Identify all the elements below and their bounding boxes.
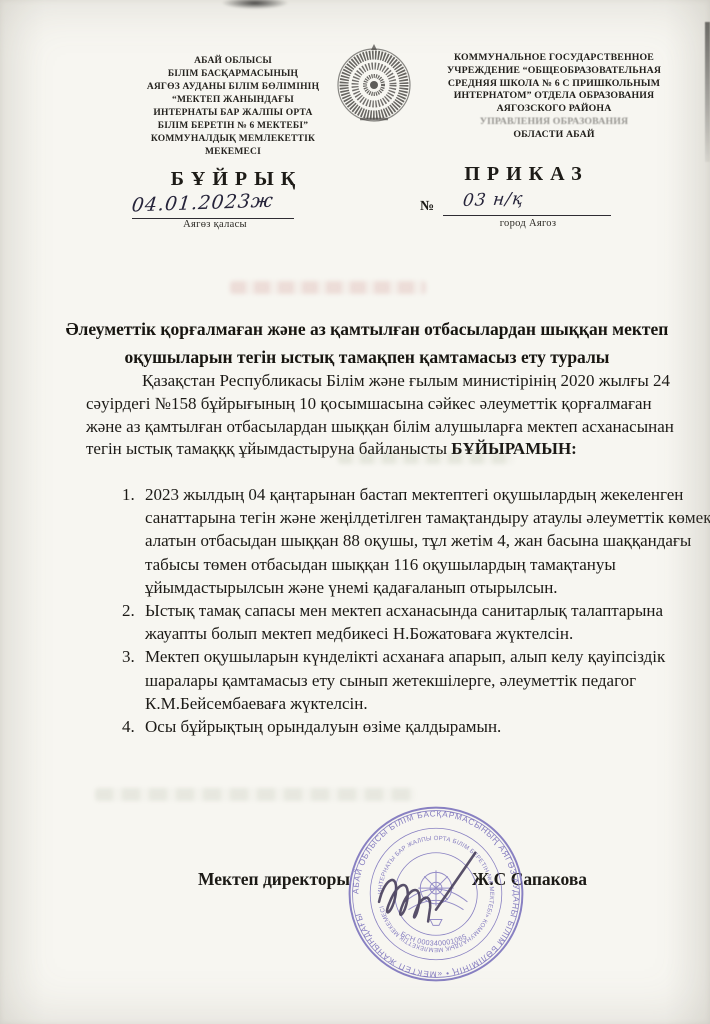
org-name-russian-faded-line: УПРАВЛЕНИЯ ОБРАЗОВАНИЯ [418,116,690,129]
order-heading-russian: ПРИКАЗ [418,163,628,186]
scan-edge-artifact [705,22,710,162]
handwritten-date: 04.01.2023ж [131,190,275,217]
order-item-2: Ыстық тамақ сапасы мен мектеп асханасынд… [139,599,710,645]
intro-text: Қазақстан Республикасы Білім және ғылым … [86,371,674,458]
order-item-3: Мектеп оқушыларын күнделікті асханаға ап… [139,645,710,715]
org-name-russian-main: КОММУНАЛЬНОЕ ГОСУДАРСТВЕННОЕ УЧРЕЖДЕНИЕ … [447,52,661,114]
handwritten-order-number: 03 н/қ [462,189,525,211]
intro-paragraph: Қазақстан Республикасы Білім және ғылым … [86,370,678,461]
scanned-order-document-page: АБАЙ ОБЛЫСЫ БІЛІМ БАСҚАРМАСЫНЫҢ АЯГӨЗ АУ… [0,0,710,1024]
resolve-word: БҰЙЫРАМЫН: [451,439,577,458]
order-subject-title: Әлеуметтік қорғалмаған және аз қамтылған… [64,316,670,371]
issue-place-russian: город Аягоз [468,218,588,229]
round-official-stamp: АБАЙ ОБЛЫСЫ БІЛІМ БАСҚАРМАСЫНЫҢ АЯГӨЗ АУ… [328,786,544,1002]
order-heading-kazakh: БҰЙРЫҚ [123,168,343,191]
order-item-1: 2023 жылдың 04 қаңтарынан бастап мектепт… [139,483,710,599]
bleed-through-artifact [230,281,426,294]
org-name-russian: КОММУНАЛЬНОЕ ГОСУДАРСТВЕННОЕ УЧРЕЖДЕНИЕ … [418,52,690,142]
order-items-list: 2023 жылдың 04 қаңтарынан бастап мектепт… [85,483,710,738]
kazakhstan-state-emblem-icon [334,40,414,124]
issue-place-kazakh: Аягөз қаласы [150,219,280,230]
number-sign-label: № [420,199,434,215]
scan-smudge-artifact [222,0,288,9]
date-field: 04.01.2023ж [132,192,294,219]
org-name-russian-region: ОБЛАСТИ АБАЙ [513,129,594,140]
order-item-4: Осы бұйрықтың орындалуын өзіме қалдырамы… [139,715,710,738]
order-number-field: 03 н/қ [443,190,611,216]
org-name-kazakh: АБАЙ ОБЛЫСЫ БІЛІМ БАСҚАРМАСЫНЫҢ АЯГӨЗ АУ… [123,55,343,159]
